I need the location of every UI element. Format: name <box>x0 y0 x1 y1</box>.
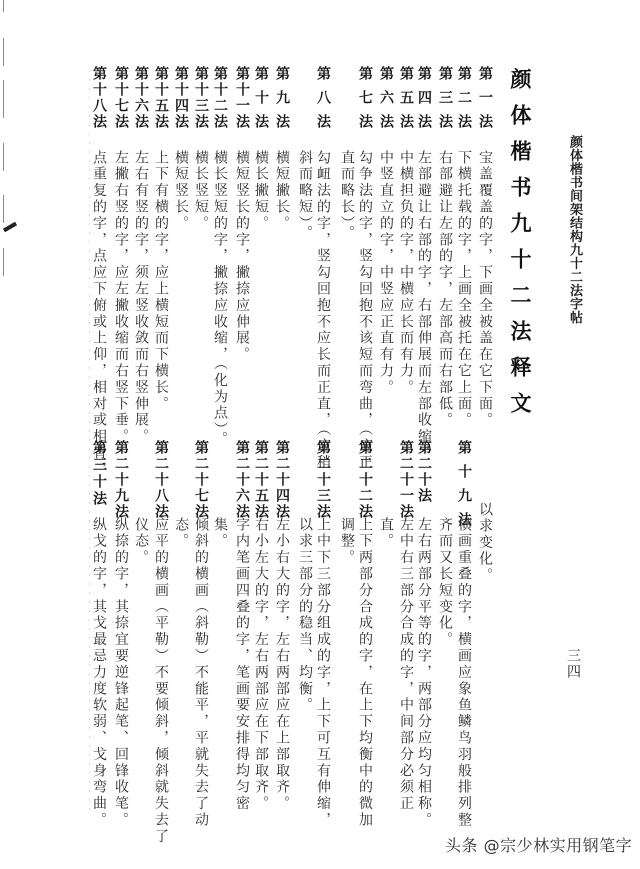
rule-description: 态。 <box>172 517 190 550</box>
rule-description: 中竖直立的字，中竖应正直有力。 <box>377 150 395 396</box>
rule-heading: 第二十法 <box>415 440 433 504</box>
rule-heading: 第二十四法 <box>273 440 291 520</box>
rule-heading: 第六法 <box>377 66 395 138</box>
rule-description: 横长竖短。 <box>192 150 210 232</box>
rule-description: 左右有竖的字，须左竖收敛而右竖伸展。 <box>132 150 150 445</box>
scan-margin-line <box>3 0 4 12</box>
rule-heading: 第一法 <box>476 66 494 138</box>
page-number: 三四 <box>563 648 583 680</box>
rule-heading: 第三十法 <box>90 440 108 508</box>
rule-description: 上中下三部分组成的字，上下可互有伸缩， <box>314 517 332 829</box>
rule-heading: 第八法 <box>314 66 332 138</box>
rule-description: 横短撇长。 <box>273 150 291 232</box>
scan-margin-line <box>3 143 4 171</box>
rule-description: 横短竖长。 <box>172 150 190 232</box>
running-head: 颜体楷书间架结构九十二法字帖 <box>565 135 584 324</box>
rule-description: 下横托载的字，上画全被托在它上面。 <box>455 150 473 429</box>
rule-heading: 第十四法 <box>172 66 190 130</box>
rule-description: 勾衄法的字，竖勾回抱不应长而正直，（应稍 <box>314 150 332 471</box>
rule-heading: 第七法 <box>356 66 374 138</box>
rule-description: 右小左大的字，左右两部应在下部取齐。 <box>252 517 270 812</box>
rule-description: 上下有横的字，应上横短而下横长。 <box>152 150 170 412</box>
rule-heading: 第二十一法 <box>397 440 415 520</box>
rule-description: 纵捺的字，其捺宜要逆锋起笔、回锋收笔。 <box>112 517 130 829</box>
rule-heading: 第二十三法 <box>314 440 332 520</box>
rule-description: 上下两部分合成的字，在上下均衡中的微加 <box>356 517 374 829</box>
rule-heading: 第十二法 <box>211 66 229 130</box>
rule-heading: 第十六法 <box>132 66 150 130</box>
rule-heading: 第十五法 <box>152 66 170 130</box>
rule-heading: 第二十六法 <box>233 440 251 520</box>
scan-margin-line <box>3 80 4 118</box>
rule-heading: 第二十五法 <box>252 440 270 520</box>
rule-heading: 第二法 <box>455 66 473 138</box>
rule-description: 横长竖短的字，撇捺应收缩，（化为点）。 <box>211 150 229 448</box>
rule-heading: 第五法 <box>397 66 415 138</box>
rule-description: 倾斜的横画（斜勒）不能平，平就失去了动 <box>192 517 210 829</box>
scan-margin-line <box>3 38 4 66</box>
rule-description: 纵戈的字，其戈最忌力度软弱、戈身弯曲。 <box>90 517 108 829</box>
rule-description: 横长撇短。 <box>252 150 270 232</box>
rule-description: 直而略长）。 <box>338 150 356 241</box>
rule-heading: 第十三法 <box>192 66 210 130</box>
scan-margin-line <box>3 248 4 276</box>
rule-description: 字内笔画四叠的字，笔画要安排得均匀密 <box>233 517 251 812</box>
rule-heading: 第十七法 <box>112 66 130 130</box>
rule-heading: 第二十二法 <box>356 440 374 520</box>
rule-heading: 第二十九法 <box>112 440 130 520</box>
rule-description: 应平的横画（平勒）不要倾斜，倾斜就失去了 <box>152 517 170 845</box>
rule-description: 斜而略短）。 <box>296 150 314 241</box>
rule-heading: 第九法 <box>273 66 291 138</box>
rule-description: 中横担负的字，中横应长而有力。 <box>397 150 415 396</box>
ink-mark <box>3 222 17 232</box>
rule-description: 左部避让右部的字，右部伸展而左部收缩。 <box>415 150 433 462</box>
rule-description: 左撇右竖的字，应左撇收缩而右竖下垂。 <box>112 150 130 445</box>
scan-margin-line <box>3 195 4 223</box>
page-title: 颜体楷书九十二法释文 <box>505 68 535 428</box>
rule-description: 横画重叠的字，横画应象鱼鳞鸟羽般排列整 <box>455 517 473 829</box>
rule-description: 左小右大的字，左右两部应在上部取齐。 <box>273 517 291 812</box>
rule-description: 勾争法的字，竖勾回抱不该短而弯曲，（应正 <box>356 150 374 471</box>
watermark: 头条 @宗少林实用钢笔字 <box>445 833 632 856</box>
rule-heading: 第十一法 <box>233 66 251 130</box>
rule-description: 调整。 <box>338 517 356 566</box>
rule-description: 以求变化。 <box>476 502 494 584</box>
rule-description: 集。 <box>211 517 229 550</box>
rule-description: 横短竖长的字，撇捺应伸展。 <box>233 150 251 363</box>
rule-description: 宝盖覆盖的字，下画全被盖在它下面。 <box>476 150 494 429</box>
rule-heading: 第十八法 <box>90 66 108 130</box>
rule-description: 直。 <box>377 517 395 550</box>
rule-heading: 第二十八法 <box>152 440 170 520</box>
rule-description: 齐而又长短变化。 <box>436 517 454 648</box>
rule-description: 点重复的字，点应下俯或上仰，相对或相背， <box>90 150 108 478</box>
rule-heading: 第十法 <box>252 66 270 138</box>
rule-description: 右部避让左部的字，左部高而右部低。 <box>436 150 454 429</box>
rule-heading: 第四法 <box>415 66 433 138</box>
rule-description: 以求三部分的稳当、均衡。 <box>296 517 314 714</box>
rule-heading: 第二十七法 <box>192 440 210 520</box>
rule-heading: 第三法 <box>436 66 454 138</box>
rule-description: 左右两部分平等的字，两部分应均匀相称。 <box>415 517 433 829</box>
rule-description: 仪态。 <box>132 517 150 566</box>
rule-description: 左中右三部分合成的字，中间部分必须正 <box>397 517 415 812</box>
